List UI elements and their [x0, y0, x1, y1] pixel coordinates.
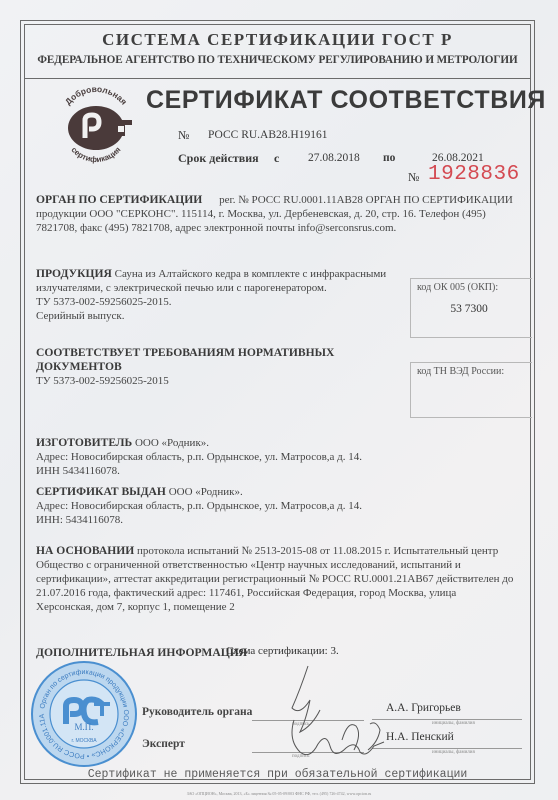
rst-logo-icon: Добровольная сертификация [52, 86, 140, 168]
certificate-number-label: № [178, 128, 189, 143]
header-divider [24, 78, 531, 79]
basis-heading: НА ОСНОВАНИИ [36, 544, 134, 557]
system-title: СИСТЕМА СЕРТИФИКАЦИИ ГОСТ Р [24, 30, 531, 50]
issued-to-heading: СЕРТИФИКАТ ВЫДАН [36, 485, 166, 498]
certificate-number: РОСС RU.AB28.H19161 [208, 129, 327, 141]
product-section: ПРОДУКЦИЯ Сауна из Алтайского кедра в ко… [36, 267, 396, 323]
issued-to-section: СЕРТИФИКАТ ВЫДАН ООО «Родник». Адрес: Но… [36, 485, 516, 527]
product-spec: ТУ 5373-002-59256025-2015. [36, 296, 172, 308]
issued-to-address: Адрес: Новосибирская область, р.п. Ордын… [36, 500, 362, 512]
certification-body-section: ОРГАН ПО СЕРТИФИКАЦИИ рег. № РОСС RU.000… [36, 193, 526, 235]
validity-label: Срок действия [178, 151, 259, 166]
additional-info-text: Схема сертификации: 3. [226, 645, 339, 657]
tnved-code-box: код ТН ВЭД России: [410, 362, 532, 418]
manufacturer-heading: ИЗГОТОВИТЕЛЬ [36, 436, 132, 449]
blank-number: 1928836 [428, 163, 520, 186]
additional-info-heading: ДОПОЛНИТЕЛЬНАЯ ИНФОРМАЦИЯ [36, 646, 247, 659]
conformity-document: ТУ 5373-002-59256025-2015 [36, 375, 169, 387]
validity-from-label: с [274, 151, 279, 166]
manufacturer-address: Адрес: Новосибирская область, р.п. Ордын… [36, 451, 362, 463]
issued-to-name: ООО «Родник». [169, 486, 243, 498]
valid-from-date: 27.08.2018 [308, 152, 360, 164]
manufacturer-section: ИЗГОТОВИТЕЛЬ ООО «Родник». Адрес: Новоси… [36, 436, 516, 478]
okp-code-value: 53 7300 [411, 303, 527, 315]
expert-name-caption: инициалы, фамилия [432, 750, 475, 755]
certification-stamp-icon: Орган по сертификации продукции ООО «СЕР… [30, 660, 138, 768]
expert-label: Эксперт [142, 738, 185, 750]
head-name-caption: инициалы, фамилия [432, 721, 475, 726]
certification-body-heading: ОРГАН ПО СЕРТИФИКАЦИИ [36, 193, 202, 206]
printer-imprint: ЗАО «ОПЦИОН», Москва, 2013, «Б» лицензия… [0, 791, 558, 796]
manufacturer-name: ООО «Родник». [135, 437, 209, 449]
conformity-heading: СООТВЕТСТВУЕТ ТРЕБОВАНИЯМ НОРМАТИВНЫХ ДО… [36, 346, 334, 373]
validity-to-label: по [383, 152, 395, 164]
okp-code-box: код ОК 005 (ОКП): 53 7300 [410, 278, 532, 338]
manufacturer-inn: ИНН 5434116078. [36, 465, 120, 477]
product-heading: ПРОДУКЦИЯ [36, 267, 112, 280]
issued-to-inn: ИНН: 5434116078. [36, 514, 123, 526]
product-release: Серийный выпуск. [36, 310, 125, 322]
svg-text:г. МОСКВА: г. МОСКВА [71, 738, 97, 744]
agency-name: ФЕДЕРАЛЬНОЕ АГЕНТСТВО ПО ТЕХНИЧЕСКОМУ РЕ… [24, 54, 531, 66]
svg-text:Добровольная: Добровольная [63, 86, 129, 107]
tnved-code-label: код ТН ВЭД России: [417, 366, 504, 377]
footer-note: Сертификат не применяется при обязательн… [24, 768, 531, 781]
head-of-body-label: Руководитель органа [142, 706, 252, 718]
certificate-title: СЕРТИФИКАТ СООТВЕТСТВИЯ [146, 86, 546, 115]
basis-section: НА ОСНОВАНИИ протокола испытаний № 2513-… [36, 544, 516, 614]
blank-number-label: № [408, 170, 419, 185]
svg-text:М.П.: М.П. [74, 722, 93, 732]
okp-code-label: код ОК 005 (ОКП): [417, 282, 498, 293]
conformity-section: СООТВЕТСТВУЕТ ТРЕБОВАНИЯМ НОРМАТИВНЫХ ДО… [36, 346, 416, 388]
handwritten-signature-icon [270, 660, 410, 770]
